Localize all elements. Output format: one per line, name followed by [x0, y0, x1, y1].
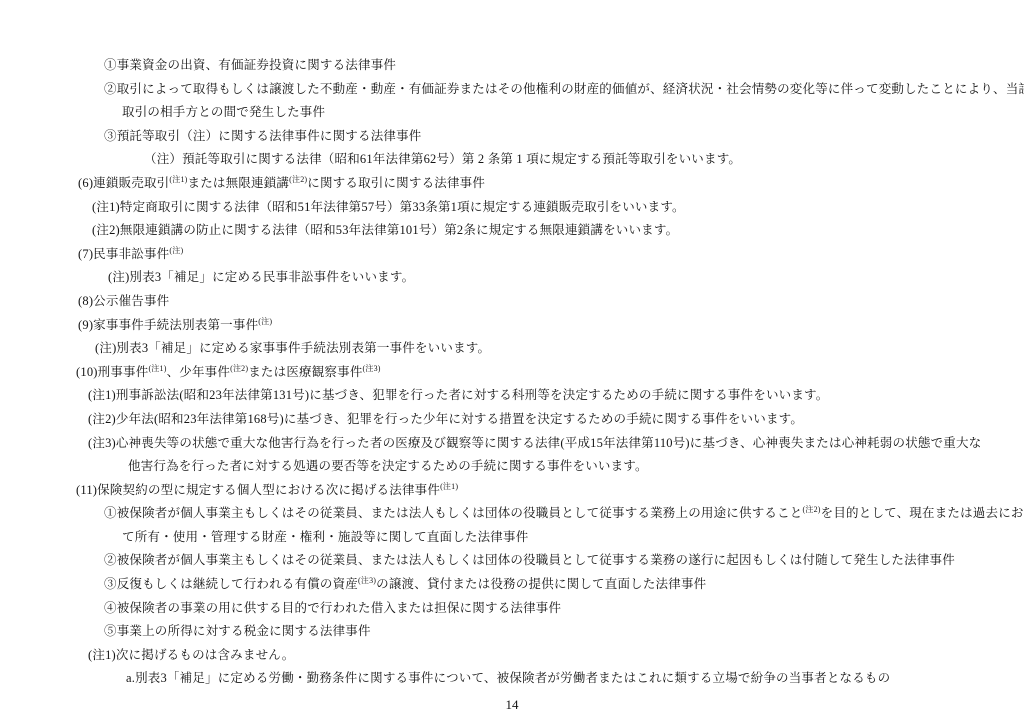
- text-line: (注1)刑事訴訟法(昭和23年法律第131号)に基づき、犯罪を行った者に対する科…: [0, 384, 1024, 408]
- text-line: ②取引によって取得もしくは譲渡した不動産・動産・有価証券またはその他権利の財産的…: [0, 78, 1024, 102]
- text-line: ③反復もしくは継続して行われる有償の資産(注3)の譲渡、貸付または役務の提供に関…: [0, 573, 1024, 597]
- text-line: ②被保険者が個人事業主もしくはその従業員、または法人もしくは団体の役職員として従…: [0, 549, 1024, 573]
- note-reference-superscript: (注1): [148, 364, 166, 373]
- text-line: （注）預託等取引に関する法律（昭和61年法律第62号）第 2 条第 1 項に規定…: [0, 148, 1024, 172]
- text-line: 他害行為を行った者に対する処遇の要否等を決定するための手続に関する事件をいいます…: [0, 455, 1024, 479]
- note-reference-superscript: (注): [258, 316, 272, 325]
- text-line: (注)別表3「補足」に定める家事事件手続法別表第一事件をいいます。: [0, 337, 1024, 361]
- text-line: a.別表3「補足」に定める労働・勤務条件に関する事件について、被保険者が労働者ま…: [0, 667, 1024, 691]
- page-number: 14: [0, 697, 1024, 713]
- text-line: ④被保険者の事業の用に供する目的で行われた借入または担保に関する法律事件: [0, 597, 1024, 621]
- text-line: ①事業資金の出資、有価証券投資に関する法律事件: [0, 54, 1024, 78]
- document-body: ①事業資金の出資、有価証券投資に関する法律事件②取引によって取得もしくは譲渡した…: [0, 0, 1024, 691]
- text-line: 取引の相手方との間で発生した事件: [0, 101, 1024, 125]
- text-line: (10)刑事事件(注1)、少年事件(注2)または医療観察事件(注3): [0, 361, 1024, 385]
- text-line: (11)保険契約の型に規定する個人型における次に掲げる法律事件(注1): [0, 479, 1024, 503]
- text-line: (8)公示催告事件: [0, 290, 1024, 314]
- text-line: (注2)少年法(昭和23年法律第168号)に基づき、犯罪を行った少年に対する措置…: [0, 408, 1024, 432]
- note-reference-superscript: (注3): [358, 576, 376, 585]
- note-reference-superscript: (注1): [169, 175, 187, 184]
- text-line: (注2)無限連鎖講の防止に関する法律（昭和53年法律第101号）第2条に規定する…: [0, 219, 1024, 243]
- text-line: (注)別表3「補足」に定める民事非訟事件をいいます。: [0, 266, 1024, 290]
- text-line: (注1)特定商取引に関する法律（昭和51年法律第57号）第33条第1項に規定する…: [0, 196, 1024, 220]
- note-reference-superscript: (注2): [803, 505, 821, 514]
- note-reference-superscript: (注): [169, 246, 183, 255]
- text-line: (注1)次に掲げるものは含みません。: [0, 644, 1024, 668]
- text-line: (7)民事非訟事件(注): [0, 243, 1024, 267]
- note-reference-superscript: (注2): [289, 175, 307, 184]
- text-line: ⑤事業上の所得に対する税金に関する法律事件: [0, 620, 1024, 644]
- text-line: (9)家事事件手続法別表第一事件(注): [0, 314, 1024, 338]
- document-page: ①事業資金の出資、有価証券投資に関する法律事件②取引によって取得もしくは譲渡した…: [0, 0, 1024, 726]
- note-reference-superscript: (注2): [230, 364, 248, 373]
- text-line: (6)連鎖販売取引(注1)または無限連鎖講(注2)に関する取引に関する法律事件: [0, 172, 1024, 196]
- note-reference-superscript: (注1): [440, 482, 458, 491]
- text-line: ①被保険者が個人事業主もしくはその従業員、または法人もしくは団体の役職員として従…: [0, 502, 1024, 526]
- text-line: (注3)心神喪失等の状態で重大な他害行為を行った者の医療及び観察等に関する法律(…: [0, 432, 1024, 456]
- text-line: ③預託等取引（注）に関する法律事件に関する法律事件: [0, 125, 1024, 149]
- note-reference-superscript: (注3): [363, 364, 381, 373]
- text-line: て所有・使用・管理する財産・権利・施設等に関して直面した法律事件: [0, 526, 1024, 550]
